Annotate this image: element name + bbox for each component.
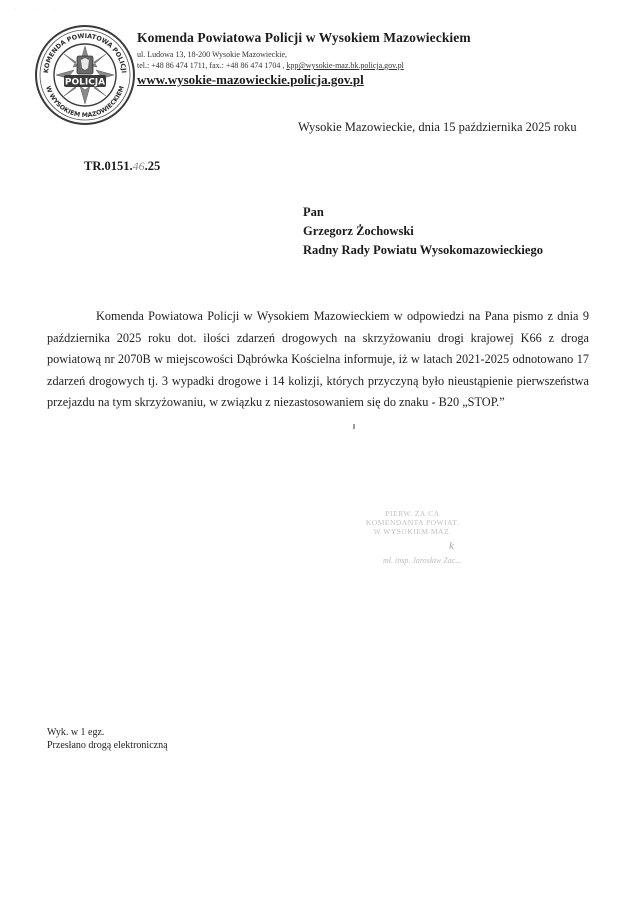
reference-suffix: .25 xyxy=(145,159,161,173)
reference-handwritten: 46 xyxy=(133,159,145,173)
recipient-salutation: Pan xyxy=(303,203,543,222)
stamp-line: W WYSOKIEM MAZ. xyxy=(365,527,460,536)
delivery-note: Przesłano drogą elektroniczną xyxy=(47,740,168,751)
reference-number: TR.0151.46.25 xyxy=(84,159,160,174)
organization-address: ul. Ludowa 13, 18-200 Wysokie Mazowiecki… xyxy=(137,50,287,59)
letter-body: Komenda Powiatowa Policji w Wysokiem Maz… xyxy=(47,306,589,414)
date-line: Wysokie Mazowieckie, dnia 15 październik… xyxy=(298,120,577,135)
official-stamp: PIERW. ZA.CA KOMENDANTA POWIAT. W WYSOKI… xyxy=(365,509,460,536)
recipient-block: Pan Grzegorz Żochowski Radny Rady Powiat… xyxy=(303,203,543,260)
police-badge-icon: POLICJA KOMENDA POWIATOWA POLICJI W WYSO… xyxy=(34,24,136,126)
website-link[interactable]: www.wysokie-mazowieckie.policja.gov.pl xyxy=(137,72,364,88)
signer-name: mł. insp. Jarosław Zac... xyxy=(383,556,461,565)
recipient-name: Grzegorz Żochowski xyxy=(303,222,543,241)
stamp-line: PIERW. ZA.CA xyxy=(365,509,460,518)
svg-text:POLICJA: POLICJA xyxy=(65,78,105,88)
copies-note: Wyk. w 1 egz. xyxy=(47,727,104,738)
reference-prefix: TR.0151. xyxy=(84,159,133,173)
scan-artifacts: · · · xyxy=(14,6,63,12)
recipient-title: Radny Rady Powiatu Wysokomazowieckiego xyxy=(303,241,543,260)
scan-speck xyxy=(353,424,355,429)
phone-fax: tel.: +48 86 474 1711, fax.: +48 86 474 … xyxy=(137,61,286,70)
body-paragraph: Komenda Powiatowa Policji w Wysokiem Maz… xyxy=(47,306,589,414)
organization-name: Komenda Powiatowa Policji w Wysokiem Maz… xyxy=(137,30,471,46)
handwritten-signature: k xyxy=(449,540,454,552)
email-link[interactable]: kpp@wysokie-maz.bk.policja.gov.pl xyxy=(286,61,404,70)
organization-contact: tel.: +48 86 474 1711, fax.: +48 86 474 … xyxy=(137,61,404,70)
police-emblem-logo: POLICJA KOMENDA POWIATOWA POLICJI W WYSO… xyxy=(34,24,136,126)
stamp-line: KOMENDANTA POWIAT. xyxy=(365,518,460,527)
